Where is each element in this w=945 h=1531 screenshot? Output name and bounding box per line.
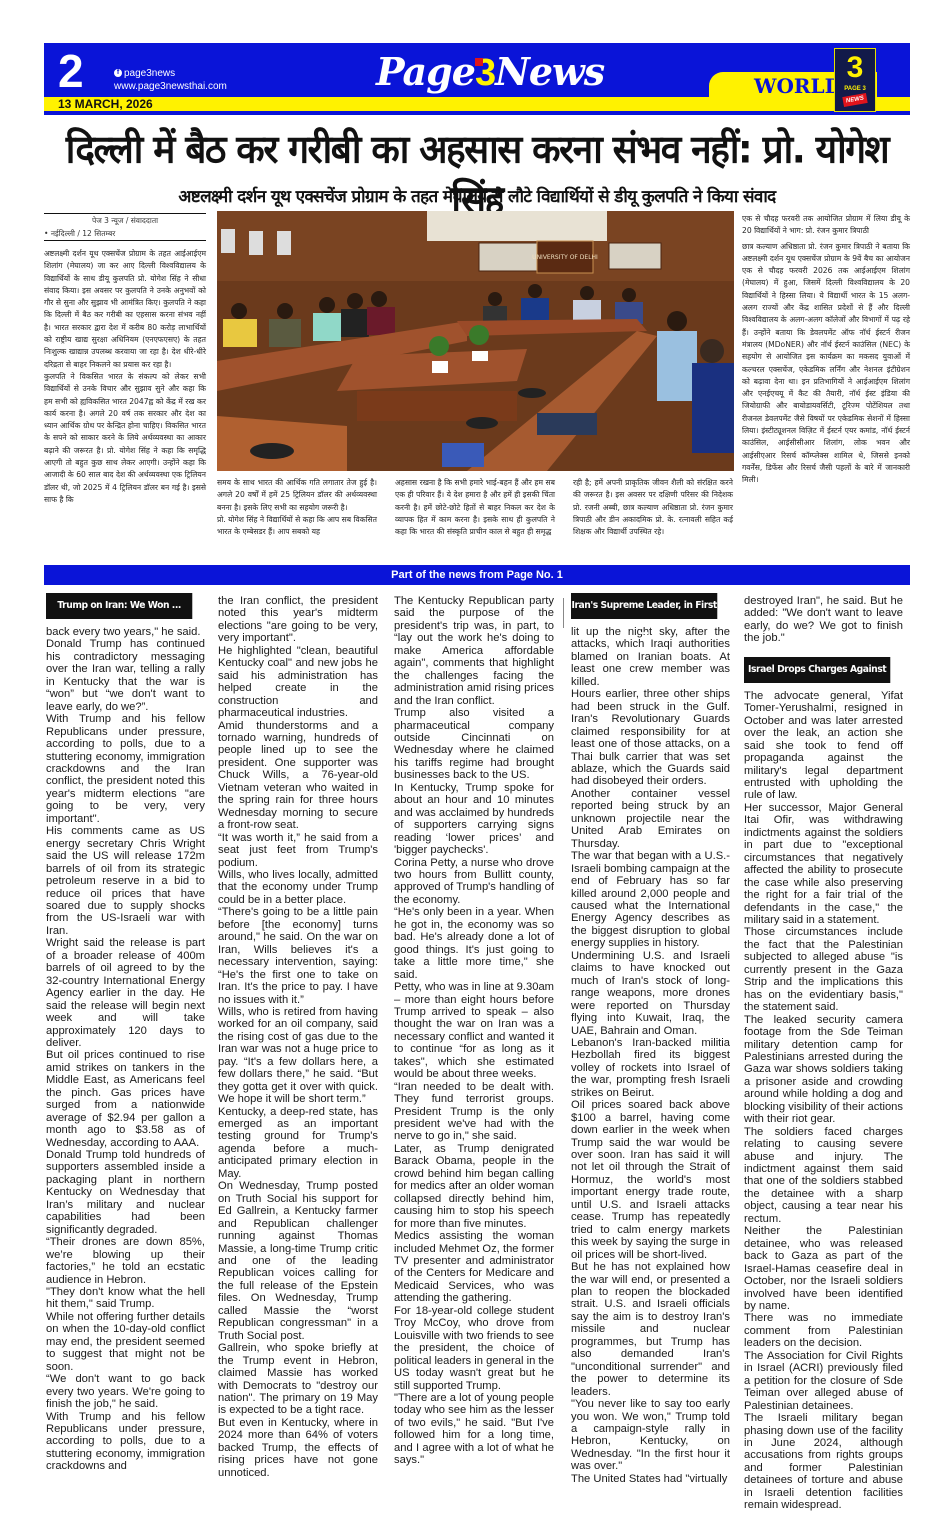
paragraph: The soldiers faced charges relating to c… bbox=[744, 1126, 903, 1226]
page3-badge-logo: 3 PAGE 3 NEWS bbox=[834, 48, 876, 112]
badge-news: NEWS bbox=[842, 93, 867, 107]
newspaper-page: 2 fpage3news www.page3newsthai.com 13 MA… bbox=[44, 43, 910, 1503]
dateline-text: नईदिल्ली / 12 सितम्बर bbox=[51, 229, 115, 238]
paragraph: But even in Kentucky, where in 2024 more… bbox=[218, 1417, 378, 1479]
paragraph: “Their drones are down 85%, we’re blowin… bbox=[46, 1236, 205, 1286]
paragraph: प्रो. योगेश सिंह ने विद्यार्थियों से कहा… bbox=[217, 514, 377, 539]
logo-number: 3 bbox=[475, 52, 495, 94]
paragraph: For 18-year-old college student Troy McC… bbox=[394, 1305, 554, 1392]
paragraph: He highlighted "clean, beautiful Kentuck… bbox=[218, 645, 378, 720]
paragraph: “Iran needed to be dealt with. They fund… bbox=[394, 1081, 554, 1143]
section-label[interactable]: WORLD bbox=[754, 73, 842, 99]
lead-column-5: एक से चौदह फरवरी तक आयोजित प्रोग्राम में… bbox=[742, 213, 910, 487]
paragraph: But oil prices continued to rise amid st… bbox=[46, 1049, 205, 1149]
continuation-banner: Part of the news from Page No. 1 bbox=[44, 565, 910, 585]
page-number: 2 bbox=[58, 43, 84, 99]
paragraph: Gallrein, who spoke briefly at the Trump… bbox=[218, 1342, 378, 1417]
trump-column-2: the Iran conflict, the president noted t… bbox=[218, 595, 378, 1479]
lead-column-1: अष्टलक्ष्मी दर्शन यूथ एक्सचेंज प्रोग्राम… bbox=[44, 248, 206, 506]
story-title-iran-leader[interactable]: Iran's Supreme Leader, in First ... bbox=[571, 593, 717, 619]
paragraph: Later, as Trump denigrated Barack Obama,… bbox=[394, 1143, 554, 1230]
paragraph: “We don't want to go back every two year… bbox=[46, 1373, 205, 1410]
conference-room-photo: UNIVERSITY OF DELHI bbox=[217, 211, 734, 471]
lead-column-3: अहसास रखना है कि सभी हमारे भाई-बहन हैं औ… bbox=[395, 477, 555, 538]
paragraph: The Israeli military began phasing down … bbox=[744, 1412, 903, 1512]
paragraph: "They don't know what the hell hit them,… bbox=[46, 1286, 205, 1311]
facebook-icon: f bbox=[114, 69, 122, 77]
paragraph: समय के साथ भारत की आर्थिक गति लगातार तेज… bbox=[217, 477, 377, 514]
paragraph: lit up the night sky, after the attacks,… bbox=[571, 626, 730, 688]
paragraph: Trump also visited a pharmaceutical comp… bbox=[394, 707, 554, 782]
paragraph: Medics assisting the woman included Mehm… bbox=[394, 1230, 554, 1305]
paragraph: On Wednesday, Trump posted on Truth Soci… bbox=[218, 1180, 378, 1342]
paragraph: अष्टलक्ष्मी दर्शन यूथ एक्सचेंज प्रोग्राम… bbox=[44, 248, 206, 371]
paragraph: “There's going to be a little pain befor… bbox=[218, 906, 378, 1006]
paragraph: The Kentucky Republican party said the p… bbox=[394, 595, 554, 707]
column-divider bbox=[563, 598, 564, 628]
facebook-handle[interactable]: page3news bbox=[124, 68, 175, 79]
logo-text-right: News bbox=[495, 49, 604, 94]
paragraph: The leaked security camera footage from … bbox=[744, 1014, 903, 1126]
lead-photo: UNIVERSITY OF DELHI bbox=[217, 211, 734, 471]
paragraph: Kentucky, a deep-red state, has emerged … bbox=[218, 1106, 378, 1181]
paragraph: छात्र कल्याण अधिष्ठाता प्रो. रंजन कुमार … bbox=[742, 241, 910, 487]
paragraph: Wright said the release is part of a bro… bbox=[46, 937, 205, 1049]
paragraph: “He's only been in a year. When he got i… bbox=[394, 906, 554, 981]
paragraph: Neither the Palestinian detainee, who wa… bbox=[744, 1225, 903, 1312]
lead-subheadline: अष्टलक्ष्मी दर्शन यूथ एक्सचेंज प्रोग्राम… bbox=[44, 183, 910, 211]
website-link[interactable]: www.page3newsthai.com bbox=[114, 80, 227, 93]
paragraph: While not offering further details on wh… bbox=[46, 1311, 205, 1373]
issue-date: 13 MARCH, 2026 bbox=[58, 97, 153, 111]
paragraph: The United States had "virtually bbox=[571, 1473, 730, 1485]
dateline: • नईदिल्ली / 12 सितम्बर bbox=[44, 227, 206, 240]
paragraph: the Iran conflict, the president noted t… bbox=[218, 595, 378, 645]
paragraph: Lebanon's Iran-backed militia Hezbollah … bbox=[571, 1037, 730, 1099]
paragraph: The advocate general, Yifat Tomer-Yerush… bbox=[744, 690, 903, 802]
paragraph: Donald Trump told hundreds of supporters… bbox=[46, 1149, 205, 1236]
paragraph: "You never like to say too early you won… bbox=[571, 1398, 730, 1473]
logo-text-left: Page bbox=[376, 49, 475, 94]
paragraph: With Trump and his fellow Republicans un… bbox=[46, 1411, 205, 1473]
paragraph: Petty, who was in line at 9.30am – more … bbox=[394, 981, 554, 1081]
iran-leader-column: Iran's Supreme Leader, in First ... lit … bbox=[571, 593, 730, 1485]
photo-sign-text: UNIVERSITY OF DELHI bbox=[532, 254, 598, 261]
paragraph: But he has not explained how the war wil… bbox=[571, 1261, 730, 1398]
story-title-trump[interactable]: Trump on Iran: We Won ... bbox=[46, 593, 192, 619]
trump-column-3: The Kentucky Republican party said the p… bbox=[394, 595, 554, 1467]
paragraph: destroyed Iran", he said. But he added: … bbox=[744, 595, 903, 645]
paragraph: कुलपति ने विकसित भारत के संकल्प को लेकर … bbox=[44, 371, 206, 506]
paragraph: Oil prices soared back above $100 a barr… bbox=[571, 1099, 730, 1261]
newspaper-logo[interactable]: Page3News bbox=[376, 47, 604, 98]
israel-column: destroyed Iran", he said. But he added: … bbox=[744, 595, 903, 1512]
byline: पेज 3 न्यूज / संवाददाता bbox=[44, 214, 206, 227]
sub-story-title: एक से चौदह फरवरी तक आयोजित प्रोग्राम में… bbox=[742, 213, 910, 238]
paragraph: Amid thunderstorms and a tornado warning… bbox=[218, 720, 378, 832]
paragraph: Those circumstances include the fact tha… bbox=[744, 926, 903, 1013]
trump-column-1: Trump on Iran: We Won ... back every two… bbox=[46, 593, 205, 1473]
masthead-bottom-rule bbox=[44, 111, 910, 115]
paragraph: With Trump and his fellow Republicans un… bbox=[46, 713, 205, 825]
paragraph: Hours earlier, three other ships had bee… bbox=[571, 688, 730, 788]
paragraph: There was no immediate comment from Pale… bbox=[744, 1312, 903, 1349]
paragraph: Another container vessel reported being … bbox=[571, 788, 730, 850]
paragraph: अहसास रखना है कि सभी हमारे भाई-बहन हैं औ… bbox=[395, 477, 555, 538]
paragraph: Wills, who is retired from having worked… bbox=[218, 1006, 378, 1106]
story-title-israel[interactable]: Israel Drops Charges Against ... bbox=[744, 657, 890, 683]
byline-box: पेज 3 न्यूज / संवाददाता • नईदिल्ली / 12 … bbox=[44, 213, 206, 241]
paragraph: Donald Trump has continued his contradic… bbox=[46, 638, 205, 713]
badge-label: PAGE 3 bbox=[835, 86, 875, 92]
social-links: fpage3news www.page3newsthai.com bbox=[114, 67, 227, 93]
paragraph: In Kentucky, Trump spoke for about an ho… bbox=[394, 782, 554, 857]
paragraph: back every two years," he said. bbox=[46, 626, 205, 638]
badge-number: 3 bbox=[835, 51, 875, 85]
lead-column-2: समय के साथ भारत की आर्थिक गति लगातार तेज… bbox=[217, 477, 377, 538]
paragraph: The Association for Civil Rights in Isra… bbox=[744, 1350, 903, 1412]
paragraph: Corina Petty, a nurse who drove two hour… bbox=[394, 857, 554, 907]
paragraph: The war that began with a U.S.-Israeli b… bbox=[571, 850, 730, 950]
lead-column-4: रही है; हमें अपनी प्राकृतिक जीवन शैली को… bbox=[573, 477, 733, 538]
paragraph: Wills, who lives locally, admitted that … bbox=[218, 869, 378, 906]
paragraph: Her successor, Major General Itai Ofir, … bbox=[744, 802, 903, 927]
paragraph: "There are a lot of young people today w… bbox=[394, 1392, 554, 1467]
paragraph: His comments came as US energy secretary… bbox=[46, 825, 205, 937]
paragraph: “It was worth it,” he said from a seat j… bbox=[218, 832, 378, 869]
paragraph: रही है; हमें अपनी प्राकृतिक जीवन शैली को… bbox=[573, 477, 733, 538]
paragraph: Undermining U.S. and Israeli claims to h… bbox=[571, 950, 730, 1037]
